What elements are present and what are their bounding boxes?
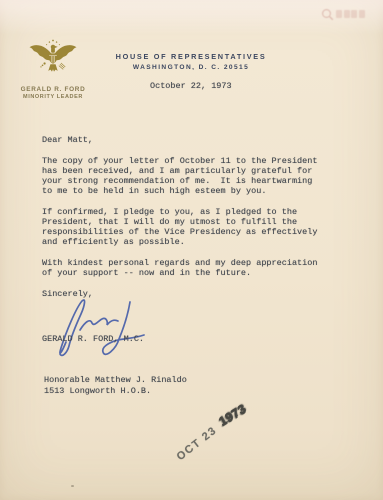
letter-scan: GERALD R. FORD MINORITY LEADER HOUSE OF … xyxy=(0,0,383,500)
sender-block: GERALD R. FORD MINORITY LEADER xyxy=(8,86,98,101)
signature xyxy=(58,296,154,362)
paragraph: If confirmed, I pledge to you, as I pled… xyxy=(42,207,338,247)
stamp-prefix: OCT 23 xyxy=(175,424,220,463)
letter-date: October 22, 1973 xyxy=(150,81,232,91)
paragraph: With kindest personal regards and my dee… xyxy=(42,258,338,278)
date-stamp: OCT 23 1973 xyxy=(158,388,262,474)
sender-name: GERALD R. FORD xyxy=(8,86,98,94)
salutation: Dear Matt, xyxy=(42,135,338,145)
typed-signature: GERALD R. FORD, M.C. xyxy=(42,334,144,344)
institution-address: WASHINGTON, D. C. 20515 xyxy=(94,64,288,72)
letter-body: Dear Matt, The copy of your letter of Oc… xyxy=(42,135,338,310)
recipient-address: Honorable Matthew J. Rinaldo 1513 Longwo… xyxy=(44,375,187,396)
eagle-seal-icon xyxy=(26,38,80,86)
watermark-characters xyxy=(336,10,365,18)
institution-heading: HOUSE OF REPRESENTATIVES WASHINGTON, D. … xyxy=(94,52,288,72)
magnifier-glyph xyxy=(321,8,334,21)
paper-speck xyxy=(71,485,74,487)
magnifier-watermark-icon xyxy=(321,6,379,22)
stamp-year: 1973 xyxy=(216,401,248,428)
sender-title: MINORITY LEADER xyxy=(8,94,98,101)
paragraph: The copy of your letter of October 11 to… xyxy=(42,156,338,196)
institution-name: HOUSE OF REPRESENTATIVES xyxy=(94,52,288,61)
